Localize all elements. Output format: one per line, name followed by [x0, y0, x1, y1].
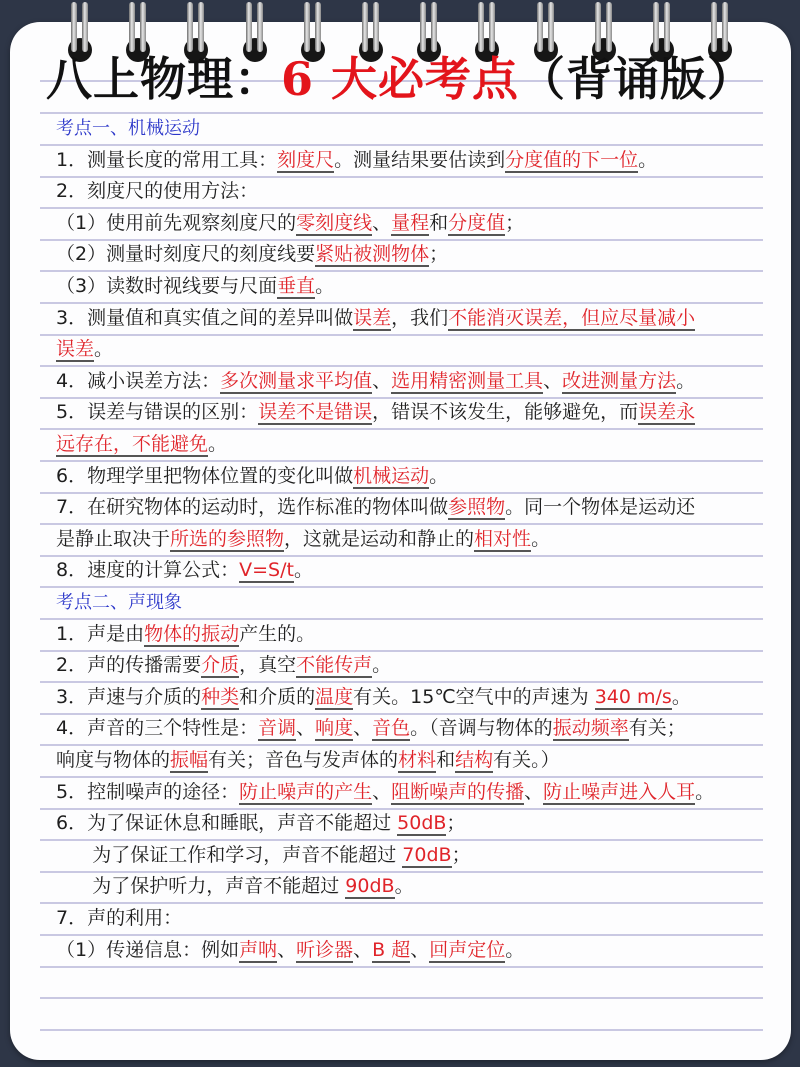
note-text: 。	[94, 338, 113, 360]
key-term: 振动频率	[553, 717, 629, 741]
key-term: 远存在，不能避免	[56, 433, 208, 457]
note-text: 。	[429, 465, 448, 487]
key-term: 紧贴被测物体	[315, 243, 429, 267]
note-line: （1）使用前先观察刻度尺的零刻度线、量程和分度值；	[56, 208, 524, 238]
note-text: 、	[524, 781, 543, 803]
key-term: 不能传声	[296, 654, 372, 678]
note-text: （1）传递信息：例如	[56, 939, 239, 961]
note-text: 2．刻度尺的使用方法：	[56, 180, 258, 202]
note-line: 6．物理学里把物体位置的变化叫做机械运动。	[56, 461, 448, 491]
note-text: 、	[372, 781, 391, 803]
key-term: 材料	[398, 749, 436, 773]
title-prefix: 八上物理：	[46, 52, 281, 106]
note-text: 3．声速与介质的	[56, 686, 201, 708]
note-text: ，错误不该发生，能够避免，而	[372, 401, 638, 423]
note-line: （3）读数时视线要与尺面垂直。	[56, 271, 334, 301]
note-text: 8．速度的计算公式：	[56, 559, 239, 581]
note-text: 。	[208, 433, 227, 455]
key-term: 介质	[201, 654, 239, 678]
note-line: 5．控制噪声的途径：防止噪声的产生、阻断噪声的传播、防止噪声进入人耳。	[56, 777, 714, 807]
key-term: 误差	[56, 338, 94, 362]
note-text: 。	[676, 370, 695, 392]
key-term: 听诊器	[296, 939, 353, 963]
note-text: 7．在研究物体的运动时，选作标准的物体叫做	[56, 496, 448, 518]
note-text: 、	[353, 717, 372, 739]
note-text: （2）测量时刻度尺的刻度线要	[56, 243, 315, 265]
key-term: 误差永	[638, 401, 695, 425]
page-title: 八上物理：6 大必考点（背诵版）	[0, 48, 800, 110]
note-text: 、	[277, 939, 296, 961]
note-line: 3．声速与介质的种类和介质的温度有关。15℃空气中的声速为 340 m/s。	[56, 682, 691, 712]
note-text: 产生的。	[239, 623, 315, 645]
note-text: 1．声是由	[56, 623, 144, 645]
note-line: 1．测量长度的常用工具：刻度尺。测量结果要估读到分度值的下一位。	[56, 145, 657, 175]
note-text: ；	[446, 812, 465, 834]
note-text: 。	[505, 939, 524, 961]
note-line: 是静止取决于所选的参照物，这就是运动和静止的相对性。	[56, 524, 550, 554]
key-term: 多次测量求平均值	[220, 370, 372, 394]
key-term: 误差不是错误	[258, 401, 372, 425]
key-term: V=S/t	[239, 559, 294, 583]
note-text: 、	[296, 717, 315, 739]
note-text: 5．误差与错误的区别：	[56, 401, 258, 423]
key-term: 50dB	[397, 812, 446, 836]
note-text: 和	[436, 749, 455, 771]
note-line: 7．在研究物体的运动时，选作标准的物体叫做参照物。同一个物体是运动还	[56, 492, 695, 522]
note-text: 有关；音色与发声体的	[208, 749, 398, 771]
note-text: 1．测量长度的常用工具：	[56, 149, 277, 171]
key-term: 音色	[372, 717, 410, 741]
note-text: 。（音调与物体的	[410, 717, 553, 739]
note-line: 2．刻度尺的使用方法：	[56, 176, 258, 206]
key-term: 改进测量方法	[562, 370, 676, 394]
key-term: 误差	[353, 307, 391, 331]
note-line: 8．速度的计算公式：V=S/t。	[56, 555, 313, 585]
note-text: 为了保证工作和学习，声音不能超过	[56, 844, 402, 866]
note-text: ；	[429, 243, 448, 265]
note-text: ，真空	[239, 654, 296, 676]
note-text: 。	[395, 875, 414, 897]
key-term: 70dB	[402, 844, 451, 868]
note-text: 。	[315, 275, 334, 297]
note-text: 有关；	[629, 717, 686, 739]
note-text: 和	[429, 212, 448, 234]
section-heading: 考点一、机械运动	[56, 114, 200, 144]
key-term: 振幅	[170, 749, 208, 773]
note-text: 。测量结果要估读到	[334, 149, 505, 171]
note-line: （1）传递信息：例如声呐、听诊器、B 超、回声定位。	[56, 935, 524, 965]
note-text: 7．声的利用：	[56, 907, 182, 929]
note-text: 有关。）	[493, 749, 560, 771]
key-term: 种类	[201, 686, 239, 710]
note-text: 有关。15℃空气中的声速为	[353, 686, 595, 708]
section-heading: 考点二、声现象	[56, 588, 182, 618]
note-line: 3．测量值和真实值之间的差异叫做误差，我们不能消灭误差，但应尽量减小	[56, 303, 695, 333]
note-text: 4．声音的三个特性是：	[56, 717, 258, 739]
note-text: 为了保护听力，声音不能超过	[56, 875, 345, 897]
note-text: 3．测量值和真实值之间的差异叫做	[56, 307, 353, 329]
key-term: 90dB	[345, 875, 394, 899]
key-term: 机械运动	[353, 465, 429, 489]
key-term: 防止噪声的产生	[239, 781, 372, 805]
key-term: 相对性	[474, 528, 531, 552]
note-line: 远存在，不能避免。	[56, 429, 227, 459]
key-term: B 超	[372, 939, 410, 963]
key-term: 分度值的下一位	[505, 149, 638, 173]
note-line: 响度与物体的振幅有关；音色与发声体的材料和结构有关。）	[56, 745, 560, 775]
note-text: 、	[372, 370, 391, 392]
note-text: 6．物理学里把物体位置的变化叫做	[56, 465, 353, 487]
note-text: ；	[452, 844, 471, 866]
note-text: 是静止取决于	[56, 528, 170, 550]
note-line: 为了保证工作和学习，声音不能超过 70dB；	[56, 840, 471, 870]
note-text: 。	[294, 559, 313, 581]
key-term: 340 m/s	[595, 686, 672, 710]
note-text: ，我们	[391, 307, 448, 329]
key-term: 量程	[391, 212, 429, 236]
note-text: 。	[695, 781, 714, 803]
ruled-line	[40, 997, 763, 999]
note-line: 1．声是由物体的振动产生的。	[56, 619, 315, 649]
key-term: 防止噪声进入人耳	[543, 781, 695, 805]
note-text: ；	[505, 212, 524, 234]
key-term: 阻断噪声的传播	[391, 781, 524, 805]
note-text: 4．减小误差方法：	[56, 370, 220, 392]
key-term: 垂直	[277, 275, 315, 299]
key-term: 刻度尺	[277, 149, 334, 173]
note-text: （3）读数时视线要与尺面	[56, 275, 277, 297]
note-text: 。同一个物体是运动还	[505, 496, 695, 518]
note-line: 4．减小误差方法：多次测量求平均值、选用精密测量工具、改进测量方法。	[56, 366, 695, 396]
note-line: 2．声的传播需要介质，真空不能传声。	[56, 650, 391, 680]
key-term: 所选的参照物	[170, 528, 284, 552]
note-text: （1）使用前先观察刻度尺的	[56, 212, 296, 234]
note-text: 和介质的	[239, 686, 315, 708]
note-text: 。	[531, 528, 550, 550]
note-text: 5．控制噪声的途径：	[56, 781, 239, 803]
note-text: ，这就是运动和静止的	[284, 528, 474, 550]
ruled-line	[40, 334, 763, 336]
note-text: 响度与物体的	[56, 749, 170, 771]
key-term: 响度	[315, 717, 353, 741]
key-term: 音调	[258, 717, 296, 741]
note-line: 为了保护听力，声音不能超过 90dB。	[56, 871, 414, 901]
title-suffix: （背诵版）	[519, 52, 754, 106]
note-text: 。	[672, 686, 691, 708]
note-line: 6．为了保证休息和睡眠，声音不能超过 50dB；	[56, 808, 465, 838]
note-text: 、	[410, 939, 429, 961]
note-text: 、	[372, 212, 391, 234]
note-line: 4．声音的三个特性是：音调、响度、音色。（音调与物体的振动频率有关；	[56, 713, 686, 743]
key-term: 声呐	[239, 939, 277, 963]
note-text: 、	[353, 939, 372, 961]
ruled-line	[40, 1029, 763, 1031]
key-term: 温度	[315, 686, 353, 710]
note-line: 误差。	[56, 334, 113, 364]
note-text: 、	[543, 370, 562, 392]
key-term: 零刻度线	[296, 212, 372, 236]
note-line: （2）测量时刻度尺的刻度线要紧贴被测物体；	[56, 239, 448, 269]
key-term: 不能消灭误差，但应尽量减小	[448, 307, 695, 331]
key-term: 分度值	[448, 212, 505, 236]
key-term: 物体的振动	[144, 623, 239, 647]
key-term: 结构	[455, 749, 493, 773]
ruled-line	[40, 966, 763, 968]
note-line: 5．误差与错误的区别：误差不是错误，错误不该发生，能够避免，而误差永	[56, 397, 695, 427]
note-text: 2．声的传播需要	[56, 654, 201, 676]
title-highlight: 6 大必考点	[281, 52, 519, 106]
note-text: 。	[372, 654, 391, 676]
note-line: 7．声的利用：	[56, 903, 182, 933]
note-text: 6．为了保证休息和睡眠，声音不能超过	[56, 812, 397, 834]
key-term: 参照物	[448, 496, 505, 520]
key-term: 选用精密测量工具	[391, 370, 543, 394]
key-term: 回声定位	[429, 939, 505, 963]
note-text: 。	[638, 149, 657, 171]
